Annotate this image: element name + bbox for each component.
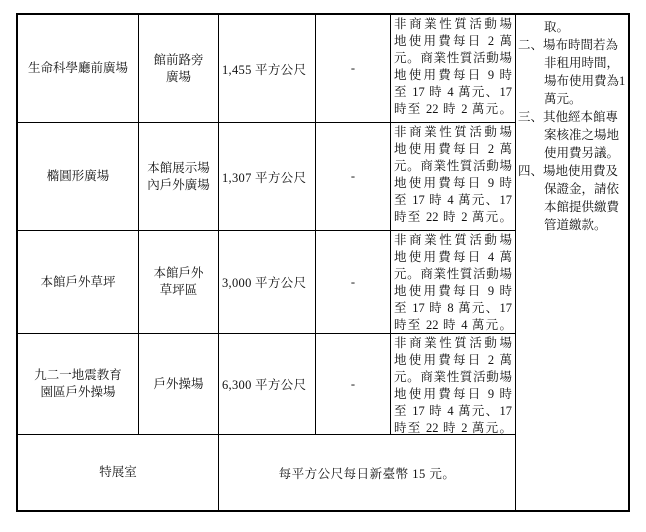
location-cell: 戶外操場 xyxy=(139,334,219,435)
venue-cell: 九二一地震教育 園區戶外操場 xyxy=(18,334,139,435)
note-item-label: 三、 xyxy=(518,110,543,124)
venue-cell: 橢圓形廣場 xyxy=(18,123,139,231)
area-cell: 1,455 平方公尺 xyxy=(219,15,316,123)
fee-cell: 非商業性質活動場 地使用費每日 4 萬 元。商業性質活動場 地使用費每日 9 時… xyxy=(391,231,516,334)
venue-cell: 生命科學廳前廣場 xyxy=(18,15,139,123)
document-page: { "page": { "background": "#ffffff", "te… xyxy=(0,0,646,532)
fee-cell: 非商業性質活動場 地使用費每日 2 萬 元。商業性質活動場 地使用費每日 9 時… xyxy=(391,15,516,123)
notes-cell: 取。 二、場布時間若為非租用時間，場布使用費為1萬元。 三、其他經本館專案核准之… xyxy=(516,15,628,510)
fee-schedule-table: 生命科學廳前廣場 館前路旁 廣場 1,455 平方公尺 - 非商業性質活動場 地… xyxy=(16,13,630,512)
fee-cell: 非商業性質活動場 地使用費每日 2 萬 元。商業性質活動場 地使用費每日 9 時… xyxy=(391,334,516,435)
area-cell: 3,000 平方公尺 xyxy=(219,231,316,334)
area-cell: 6,300 平方公尺 xyxy=(219,334,316,435)
dash-cell: - xyxy=(316,334,391,435)
dash-cell: - xyxy=(316,123,391,231)
dash-cell: - xyxy=(316,15,391,123)
area-cell: 1,307 平方公尺 xyxy=(219,123,316,231)
location-cell: 館前路旁 廣場 xyxy=(139,15,219,123)
note-item: 二、場布時間若為非租用時間，場布使用費為1萬元。 xyxy=(518,36,626,108)
note-item: 三、其他經本館專案核准之場地使用費另議。 xyxy=(518,108,626,162)
note-item-text: 場布時間若為非租用時間，場布使用費為1萬元。 xyxy=(543,38,625,106)
dash-cell: - xyxy=(316,231,391,334)
venue-cell: 本館戶外草坪 xyxy=(18,231,139,334)
note-item-text: 其他經本館專案核准之場地使用費另議。 xyxy=(543,110,619,160)
note-item-label: 二、 xyxy=(518,38,543,52)
note-item-text: 場地使用費及保證金，請依本館提供繳費管道繳款。 xyxy=(543,164,619,232)
note-item-label: 四、 xyxy=(518,164,543,178)
location-cell: 本館展示場 內戶外廣場 xyxy=(139,123,219,231)
fee-cell: 非商業性質活動場 地使用費每日 2 萬 元。商業性質活動場 地使用費每日 9 時… xyxy=(391,123,516,231)
note-continuation: 取。 xyxy=(518,18,626,36)
special-room-cell: 特展室 xyxy=(18,435,219,510)
location-cell: 本館戶外 草坪區 xyxy=(139,231,219,334)
special-fee-cell: 每平方公尺每日新臺幣 15 元。 xyxy=(219,435,516,510)
note-item: 四、場地使用費及保證金，請依本館提供繳費管道繳款。 xyxy=(518,162,626,234)
